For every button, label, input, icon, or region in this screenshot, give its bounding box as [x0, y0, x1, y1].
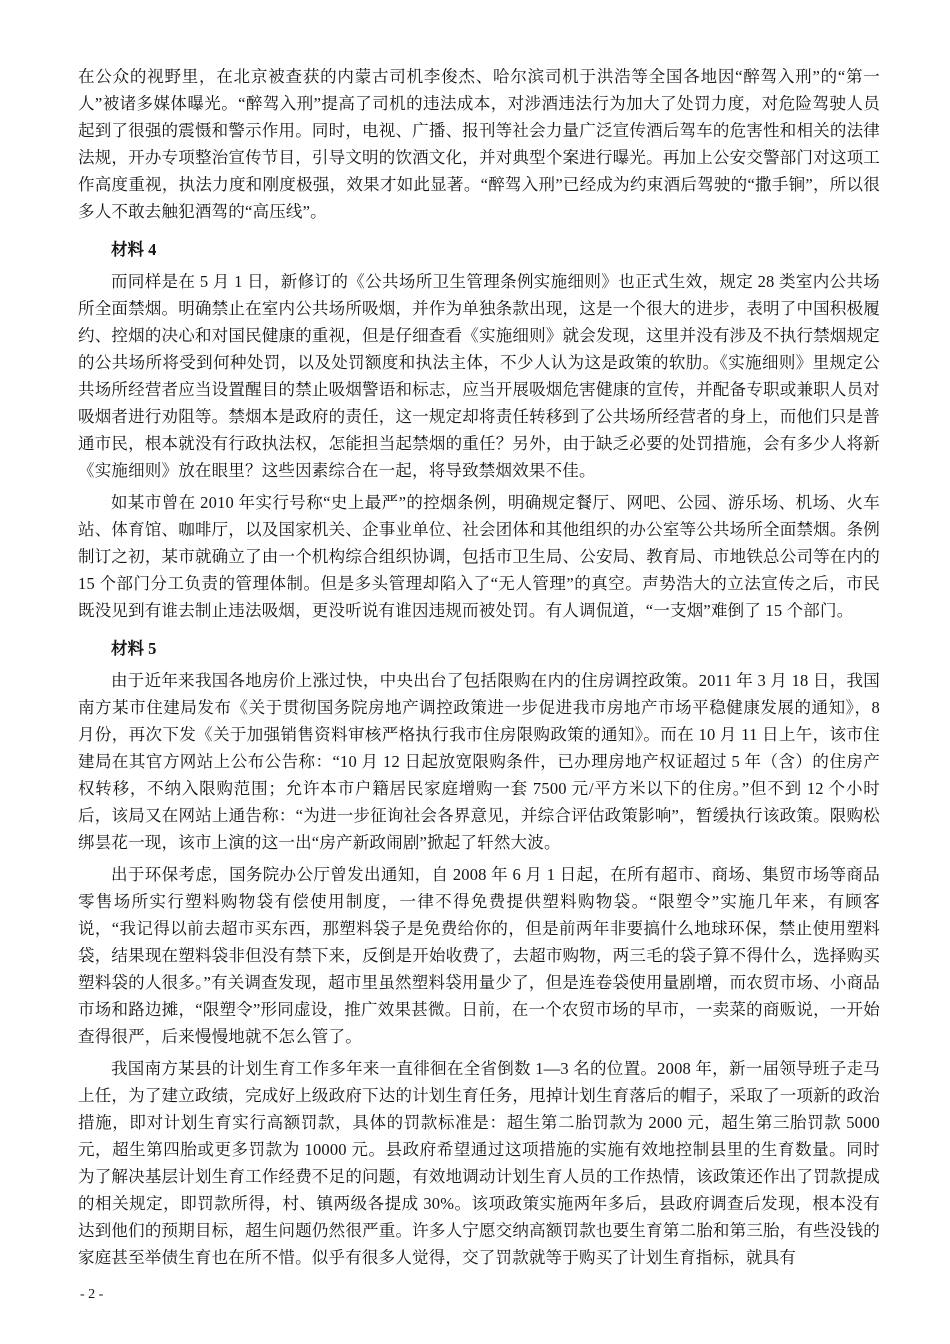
paragraph-smoking-ban-city-case: 如某市曾在 2010 年实行号称“史上最严”的控烟条例，明确规定餐厅、网吧、公园… [78, 489, 880, 624]
paragraph-plastic-bag-limit: 出于环保考虑，国务院办公厅曾发出通知，自 2008 年 6 月 1 日起，在所有… [78, 861, 880, 1050]
paragraph-housing-purchase-limit: 由于近年来我国各地房价上涨过快，中央出台了包括限购在内的住房调控政策。2011 … [78, 667, 880, 856]
paragraph-drunk-driving-continued: 在公众的视野里，在北京被查获的内蒙古司机李俊杰、哈尔滨司机于洪浩等全国各地因“醉… [78, 63, 880, 225]
page-number: - 2 - [80, 1286, 103, 1304]
document-body: 在公众的视野里，在北京被查获的内蒙古司机李俊杰、哈尔滨司机于洪浩等全国各地因“醉… [78, 63, 880, 1271]
document-page: 在公众的视野里，在北京被查获的内蒙古司机李俊杰、哈尔滨司机于洪浩等全国各地因“醉… [0, 0, 950, 1344]
heading-material-4: 材料 4 [78, 236, 880, 263]
paragraph-smoking-ban-rules: 而同样是在 5 月 1 日，新修订的《公共场所卫生管理条例实施细则》也正式生效，… [78, 268, 880, 484]
heading-material-5: 材料 5 [78, 635, 880, 662]
paragraph-family-planning-fines: 我国南方某县的计划生育工作多年来一直徘徊在全省倒数 1—3 名的位置。2008 … [78, 1055, 880, 1271]
